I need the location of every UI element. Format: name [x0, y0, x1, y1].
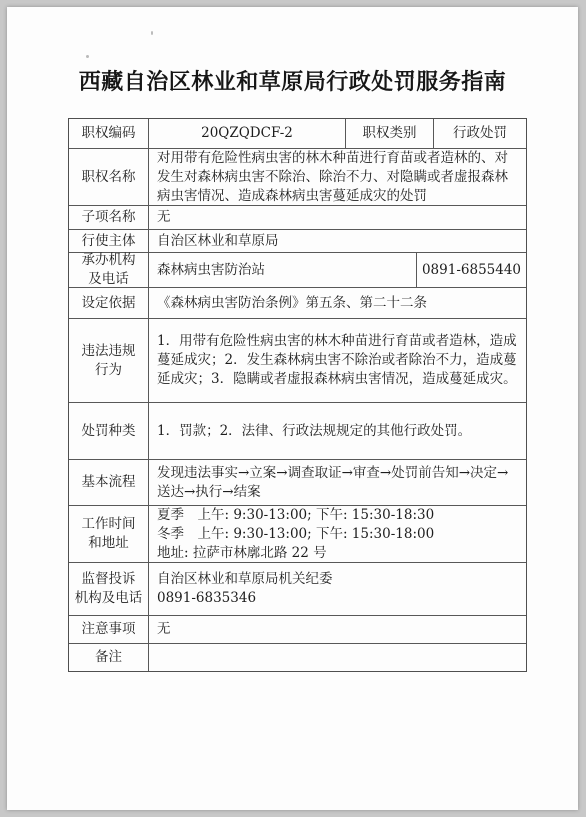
row-label-authority-category: 职权类别 — [346, 119, 434, 148]
row-label-notes: 注意事项 — [69, 616, 149, 643]
row-label-authority-name: 职权名称 — [69, 149, 149, 205]
subitem-name-value: 无 — [149, 206, 526, 229]
table-row-exercising-body: 行使主体 自治区林业和草原局 — [69, 230, 526, 253]
notes-value: 无 — [149, 616, 526, 643]
row-label-exercising-body: 行使主体 — [69, 230, 149, 252]
scan-speck — [151, 31, 153, 35]
penalty-types-value: 1．罚款；2．法律、行政法规规定的其他行政处罚。 — [149, 403, 526, 459]
exercising-body-value: 自治区林业和草原局 — [149, 230, 526, 252]
work-time-winter: 冬季 上午: 9:30-13:00; 下午: 15:30-18:00 — [157, 525, 520, 544]
supervision-org: 自治区林业和草原局机关纪委 — [157, 570, 520, 589]
row-label-supervision-complaint: 监督投诉 机构及电话 — [69, 563, 149, 615]
row-label-subitem-name: 子项名称 — [69, 206, 149, 229]
page-title: 西藏自治区林业和草原局行政处罚服务指南 — [7, 7, 578, 96]
row-label-authority-code: 职权编码 — [69, 119, 149, 148]
remarks-value — [149, 644, 526, 671]
table-row-supervision-complaint: 监督投诉 机构及电话 自治区林业和草原局机关纪委 0891-6835346 — [69, 563, 526, 616]
authority-category-value: 行政处罚 — [434, 119, 526, 148]
table-row-authority-name: 职权名称 对用带有危险性病虫害的林木种苗进行育苗或者造林的、对发生对森林病虫害不… — [69, 149, 526, 206]
table-row-authority-code: 职权编码 20QZQDCF-2 职权类别 行政处罚 — [69, 119, 526, 149]
table-row-subitem-name: 子项名称 无 — [69, 206, 526, 230]
supervision-complaint-value: 自治区林业和草原局机关纪委 0891-6835346 — [149, 563, 526, 615]
row-label-work-time-address: 工作时间 和地址 — [69, 506, 149, 562]
supervision-phone: 0891-6835346 — [157, 589, 520, 608]
row-label-remarks: 备注 — [69, 644, 149, 671]
scanned-page: 西藏自治区林业和草原局行政处罚服务指南 职权编码 20QZQDCF-2 职权类别… — [7, 7, 578, 810]
table-row-handling-agency: 承办机构 及电话 森林病虫害防治站 0891-6855440 — [69, 253, 526, 288]
row-label-handling-agency: 承办机构 及电话 — [69, 253, 149, 287]
table-row-work-time-address: 工作时间 和地址 夏季 上午: 9:30-13:00; 下午: 15:30-18… — [69, 506, 526, 563]
violations-value: 1．用带有危险性病虫害的林木种苗进行育苗或者造林，造成蔓延成灾；2．发生森林病虫… — [149, 319, 526, 402]
row-label-penalty-types: 处罚种类 — [69, 403, 149, 459]
service-guide-table: 职权编码 20QZQDCF-2 职权类别 行政处罚 职权名称 对用带有危险性病虫… — [68, 118, 527, 672]
authority-code-value: 20QZQDCF-2 — [149, 119, 346, 148]
work-address: 地址: 拉萨市林廓北路 22 号 — [157, 544, 520, 563]
table-row-notes: 注意事项 无 — [69, 616, 526, 644]
setting-basis-value: 《森林病虫害防治条例》第五条、第二十二条 — [149, 288, 526, 318]
work-time-summer: 夏季 上午: 9:30-13:00; 下午: 15:30-18:30 — [157, 506, 520, 525]
authority-name-value: 对用带有危险性病虫害的林木种苗进行育苗或者造林的、对发生对森林病虫害不除治、除治… — [149, 149, 526, 205]
table-row-remarks: 备注 — [69, 644, 526, 671]
table-row-setting-basis: 设定依据 《森林病虫害防治条例》第五条、第二十二条 — [69, 288, 526, 319]
table-row-violations: 违法违规 行为 1．用带有危险性病虫害的林木种苗进行育苗或者造林，造成蔓延成灾；… — [69, 319, 526, 403]
row-label-setting-basis: 设定依据 — [69, 288, 149, 318]
row-label-basic-process: 基本流程 — [69, 460, 149, 505]
table-row-penalty-types: 处罚种类 1．罚款；2．法律、行政法规规定的其他行政处罚。 — [69, 403, 526, 460]
row-label-violations: 违法违规 行为 — [69, 319, 149, 402]
scan-speck — [86, 55, 89, 58]
handling-agency-phone: 0891-6855440 — [417, 253, 526, 287]
basic-process-value: 发现违法事实→立案→调查取证→审查→处罚前告知→决定→送达→执行→结案 — [149, 460, 526, 505]
work-time-address-value: 夏季 上午: 9:30-13:00; 下午: 15:30-18:30 冬季 上午… — [149, 506, 526, 562]
table-row-basic-process: 基本流程 发现违法事实→立案→调查取证→审查→处罚前告知→决定→送达→执行→结案 — [69, 460, 526, 506]
handling-agency-value: 森林病虫害防治站 — [149, 253, 417, 287]
